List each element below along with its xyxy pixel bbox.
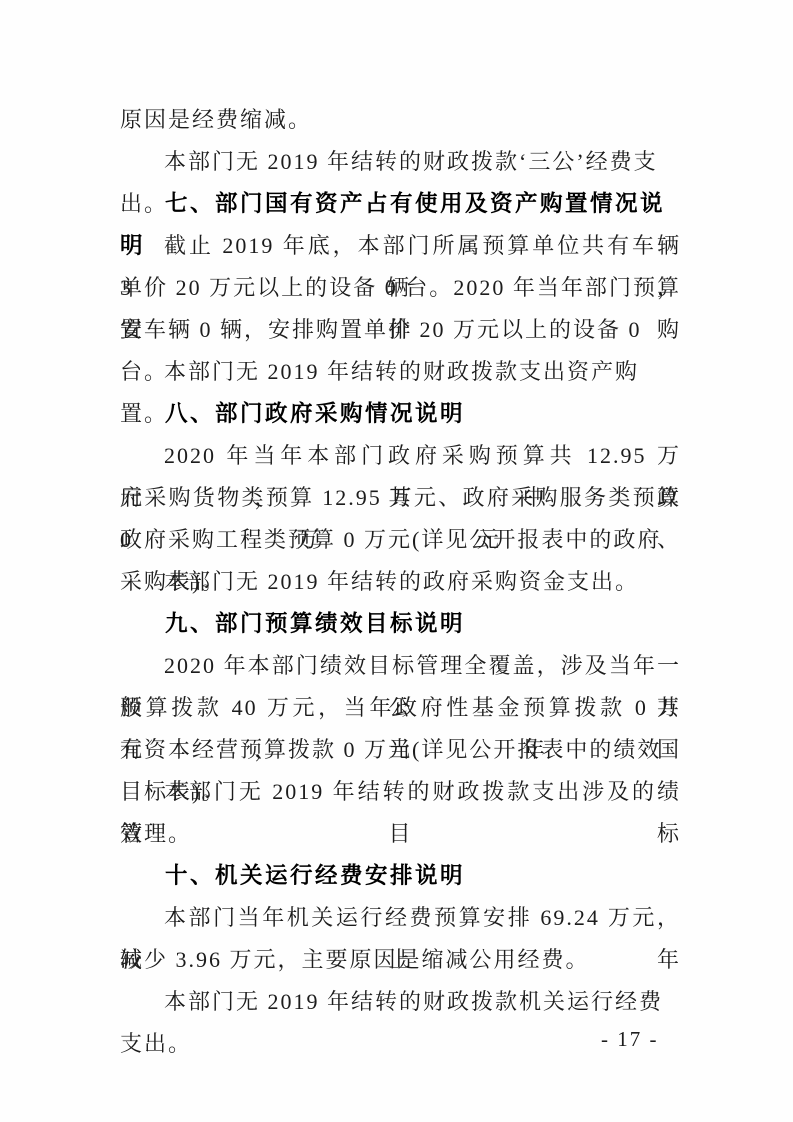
section-heading: 七、部门国有资产占有使用及资产购置情况说明	[120, 183, 681, 225]
body-line: 置车辆 0 辆，安排购置单价 20 万元以上的设备 0 台。	[120, 309, 681, 351]
body-line: 2020 年当年本部门政府采购预算共 12.95 万元，其中政	[120, 435, 681, 477]
page-number: - 17 -	[601, 1027, 659, 1051]
body-line: 本部门当年机关运行经费预算安排 69.24 万元，较上年	[120, 897, 681, 939]
body-line: 政府采购工程类预算 0 万元(详见公开报表中的政府采购表)。	[120, 519, 681, 561]
section-heading: 九、部门预算绩效目标说明	[120, 603, 681, 645]
body-line: 截止 2019 年底，本部门所属预算单位共有车辆 3 辆，	[120, 225, 681, 267]
body-line: 本部门无 2019 年结转的财政拨款机关运行经费支出。	[120, 981, 681, 1023]
paragraph: 截止 2019 年底，本部门所属预算单位共有车辆 3 辆，单价 20 万元以上的…	[120, 225, 681, 351]
body-line: 预算拨款 40 万元，当年政府性基金预算拨款 0 万元，当年国	[120, 687, 681, 729]
paragraph: 本部门无 2019 年结转的财政拨款支出资产购置。	[120, 351, 681, 393]
paragraph: 2020 年当年本部门政府采购预算共 12.95 万元，其中政府采购货物类预算 …	[120, 435, 681, 561]
paragraph: 本部门无 2019 年结转的财政拨款机关运行经费支出。	[120, 981, 681, 1023]
body-line: 2020 年本部门绩效目标管理全覆盖，涉及当年一般公共	[120, 645, 681, 687]
paragraph: 本部门当年机关运行经费预算安排 69.24 万元，较上年减少 3.96 万元，主…	[120, 897, 681, 981]
paragraph: 本部门无 2019 年结转的财政拨款‘三公’经费支出。	[120, 141, 681, 183]
heading-line: 八、部门政府采购情况说明	[120, 393, 681, 435]
body-line: 本部门无 2019 年结转的政府采购资金支出。	[120, 561, 681, 603]
body-line: 本部门无 2019 年结转的财政拨款‘三公’经费支出。	[120, 141, 681, 183]
body-line: 府采购货物类预算 12.95 万元、政府采购服务类预算 0 万元、	[120, 477, 681, 519]
document-page: 原因是经费缩减。本部门无 2019 年结转的财政拨款‘三公’经费支出。七、部门国…	[0, 0, 793, 1122]
section-heading: 十、机关运行经费安排说明	[120, 855, 681, 897]
paragraph: 本部门无 2019 年结转的政府采购资金支出。	[120, 561, 681, 603]
heading-line: 十、机关运行经费安排说明	[120, 855, 681, 897]
section-heading: 八、部门政府采购情况说明	[120, 393, 681, 435]
paragraph: 原因是经费缩减。	[120, 99, 681, 141]
body-line: 本部门无 2019 年结转的财政拨款支出涉及的绩效目标	[120, 771, 681, 813]
paragraph: 2020 年本部门绩效目标管理全覆盖，涉及当年一般公共预算拨款 40 万元，当年…	[120, 645, 681, 771]
body-line: 有资本经营预算拨款 0 万元(详见公开报表中的绩效目标表)。	[120, 729, 681, 771]
heading-line: 七、部门国有资产占有使用及资产购置情况说明	[120, 183, 681, 225]
body-line: 单价 20 万元以上的设备 0 台。2020 年当年部门预算安排购	[120, 267, 681, 309]
body-line: 原因是经费缩减。	[120, 99, 681, 141]
document-content: 原因是经费缩减。本部门无 2019 年结转的财政拨款‘三公’经费支出。七、部门国…	[120, 99, 681, 1023]
body-line: 本部门无 2019 年结转的财政拨款支出资产购置。	[120, 351, 681, 393]
heading-line: 九、部门预算绩效目标说明	[120, 603, 681, 645]
paragraph: 本部门无 2019 年结转的财政拨款支出涉及的绩效目标管理。	[120, 771, 681, 855]
